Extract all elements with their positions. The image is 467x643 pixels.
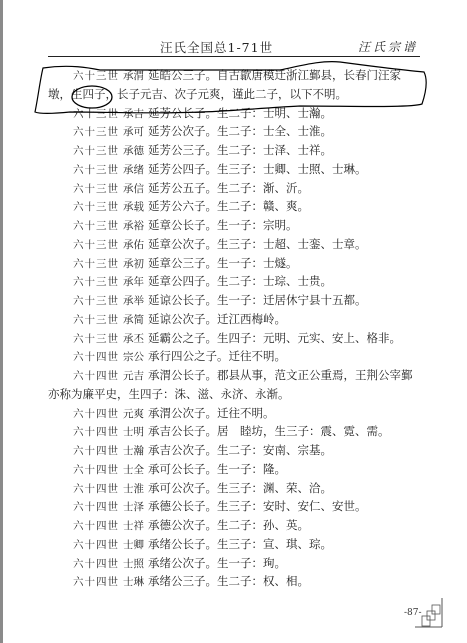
- generation-label: 六十四世: [73, 464, 119, 476]
- entry-text: 延谅公长子。生一子：迁居休宁县十五都。: [148, 293, 367, 307]
- entry-text: 承绪公长子。生三子：宣、琪、琮。: [148, 537, 332, 551]
- generation-label: 六十四世: [73, 445, 119, 457]
- person-name: 承年: [123, 276, 144, 288]
- entry-text: 延芳公五子。生二子：渐、沂。: [148, 181, 309, 195]
- generation-label: 六十三世: [73, 220, 119, 232]
- person-name: 承初: [123, 258, 144, 270]
- entry-text: 延芳公长子。生二子：士明、士瀚。: [148, 106, 332, 120]
- person-name: 元爽: [123, 408, 144, 420]
- entry-text: 延章公长子。生一子：宗明。: [148, 218, 298, 232]
- entry-text: 延章公次子。生三子：士超、士銮、士章。: [148, 237, 367, 251]
- entry-text: 承绪公次子。生一子：珣。: [148, 556, 286, 570]
- genealogy-entry: 六十三世承年延章公四子。生二子：士琮、士贵。: [48, 272, 423, 291]
- entry-text: 承吉公长子。居 睦坊，生三子：震、霓、需。: [148, 424, 390, 438]
- entry-text: 承可公长子。生一子：隆。: [148, 462, 286, 476]
- generation-label: 六十四世: [73, 408, 119, 420]
- person-name: 士全: [123, 464, 144, 476]
- entry-text: 延霸公之子。生四子：元明、元实、安上、格非。: [148, 331, 401, 345]
- genealogy-entry: 六十三世承佑延章公次子。生三子：士超、士銮、士章。: [48, 235, 423, 254]
- genealogy-entry: 六十三世承举延谅公长子。生一子：迁居休宁县十五都。: [48, 291, 423, 310]
- genealogy-entries: 六十三世承渭延皓公三子。自古歙唐模迁浙江鄞县，长春门汪家墩，生四子，长子元吉、次…: [48, 66, 423, 591]
- person-name: 承丕: [123, 333, 144, 345]
- generation-label: 六十四世: [73, 520, 119, 532]
- page-header: 汪氏全国总1-71世 汪氏宗谱: [48, 36, 420, 57]
- person-name: 士卿: [123, 539, 144, 551]
- entry-text: 承行四公之子。迁往不明。: [148, 349, 286, 363]
- entry-text: 延章公三子。生一子：士燧。: [148, 256, 298, 270]
- person-name: 承载: [123, 201, 144, 213]
- entry-continuation: 亦称为廉平史，生四子：洙、滋、永济、永渐。: [48, 385, 423, 404]
- genealogy-entry: 六十四世士祥承德公次子。生二子：孙、英。: [48, 516, 423, 535]
- genealogy-entry: 六十三世承信延芳公五子。生二子：渐、沂。: [48, 179, 423, 198]
- generation-label: 六十四世: [73, 576, 119, 588]
- person-name: 宗公: [123, 351, 144, 363]
- person-name: 元吉: [123, 370, 144, 382]
- genealogy-entry: 六十三世承德延芳公三子。生二子：士泽、士祥。: [48, 141, 423, 160]
- person-name: 承佑: [123, 239, 144, 251]
- person-name: 士琳: [123, 576, 144, 588]
- generation-label: 六十三世: [73, 239, 119, 251]
- generation-label: 六十三世: [73, 333, 119, 345]
- entry-text: 承渭公次子。迁往不明。: [148, 406, 275, 420]
- generation-label: 六十三世: [73, 183, 119, 195]
- page-corner-icon: [415, 598, 443, 628]
- genealogy-entry: 六十四世士照承绪公次子。生一子：珣。: [48, 554, 423, 573]
- generation-label: 六十三世: [73, 108, 119, 120]
- genealogy-entry: 六十三世承丕延霸公之子。生四子：元明、元实、安上、格非。: [48, 329, 423, 348]
- person-name: 士泽: [123, 501, 144, 513]
- entry-text: 延谅公次子。迁江西梅岭。: [148, 312, 286, 326]
- generation-label: 六十三世: [73, 70, 119, 82]
- person-name: 士祥: [123, 520, 144, 532]
- genealogy-entry: 六十三世承载延芳公六子。生二子：赣、爽。: [48, 197, 423, 216]
- person-name: 承裕: [123, 220, 144, 232]
- generation-label: 六十四世: [73, 501, 119, 513]
- genealogy-entry: 六十四世士明承吉公长子。居 睦坊，生三子：震、霓、需。: [48, 422, 423, 441]
- genealogy-entry: 六十三世承裕延章公长子。生一子：宗明。: [48, 216, 423, 235]
- genealogy-entry: 六十四世士淮承可公次子。生三子：渊、荣、洽。: [48, 479, 423, 498]
- person-name: 承德: [123, 145, 144, 157]
- entry-text: 承德公次子。生二子：孙、英。: [148, 518, 309, 532]
- person-name: 士明: [123, 426, 144, 438]
- person-name: 承渭: [123, 70, 144, 82]
- generation-label: 六十四世: [73, 426, 119, 438]
- header-book-title: 汪氏宗谱: [358, 38, 418, 55]
- generation-label: 六十四世: [73, 370, 119, 382]
- person-name: 士淮: [123, 483, 144, 495]
- generation-label: 六十三世: [73, 258, 119, 270]
- person-name: 承可: [123, 126, 144, 138]
- genealogy-entry: 六十四世士卿承绪公长子。生三子：宣、琪、琮。: [48, 535, 423, 554]
- genealogy-entry: 六十四世元爽承渭公次子。迁往不明。: [48, 404, 423, 423]
- page-left-border: [0, 0, 3, 643]
- genealogy-entry: 六十三世承渭延皓公三子。自古歙唐模迁浙江鄞县，长春门汪家: [48, 66, 423, 85]
- entry-text: 延皓公三子。自古歙唐模迁浙江鄞县，长春门汪家: [148, 68, 401, 82]
- genealogy-entry: 六十四世士瀚承吉公次子。生二子：安南、宗基。: [48, 441, 423, 460]
- entry-text: 承吉公次子。生二子：安南、宗基。: [148, 443, 332, 457]
- generation-label: 六十四世: [73, 351, 119, 363]
- person-name: 承绪: [123, 164, 144, 176]
- entry-text: 承可公次子。生三子：渊、荣、洽。: [148, 481, 332, 495]
- entry-text: 承绪公三子。生二子：权、相。: [148, 574, 309, 588]
- person-name: 士瀚: [123, 445, 144, 457]
- entry-text: 延芳公次子。生二子：士全、士淮。: [148, 124, 332, 138]
- entry-text: 承德公长子。生三子：安时、安仁、安世。: [148, 499, 367, 513]
- genealogy-entry: 六十三世承简延谅公次子。迁江西梅岭。: [48, 310, 423, 329]
- person-name: 承吉: [123, 108, 144, 120]
- genealogy-entry: 六十三世承可延芳公次子。生二子：士全、士淮。: [48, 122, 423, 141]
- generation-label: 六十三世: [73, 314, 119, 326]
- genealogy-entry: 六十四世宗公承行四公之子。迁往不明。: [48, 347, 423, 366]
- generation-label: 六十三世: [73, 164, 119, 176]
- genealogy-entry: 六十三世承绪延芳公四子。生三子：士卿、士照、士琳。: [48, 160, 423, 179]
- genealogy-entry: 六十三世承吉延芳公长子。生二子：士明、士瀚。: [48, 104, 423, 123]
- person-name: 士照: [123, 558, 144, 570]
- person-name: 承简: [123, 314, 144, 326]
- entry-continuation: 墩，生四子，长子元吉、次子元爽，谨此二子，以下不明。: [48, 85, 423, 104]
- genealogy-entry: 六十四世士全承可公长子。生一子：隆。: [48, 460, 423, 479]
- generation-label: 六十三世: [73, 145, 119, 157]
- entry-text: 延芳公三子。生二子：士泽、士祥。: [148, 143, 332, 157]
- person-name: 承信: [123, 183, 144, 195]
- person-name: 承举: [123, 295, 144, 307]
- header-title: 汪氏全国总1-71世: [160, 38, 273, 56]
- entry-text: 承渭公长子。郡县从事，范文正公重焉，王荆公宰鄞: [148, 368, 413, 382]
- generation-label: 六十三世: [73, 295, 119, 307]
- generation-label: 六十三世: [73, 126, 119, 138]
- entry-text: 延芳公六子。生二子：赣、爽。: [148, 199, 309, 213]
- entry-text: 延芳公四子。生三子：士卿、士照、士琳。: [148, 162, 367, 176]
- generation-label: 六十三世: [73, 276, 119, 288]
- generation-label: 六十三世: [73, 201, 119, 213]
- generation-label: 六十四世: [73, 483, 119, 495]
- genealogy-entry: 六十四世元吉承渭公长子。郡县从事，范文正公重焉，王荆公宰鄞: [48, 366, 423, 385]
- genealogy-entry: 六十三世承初延章公三子。生一子：士燧。: [48, 254, 423, 273]
- entry-text: 延章公四子。生二子：士琮、士贵。: [148, 274, 332, 288]
- genealogy-entry: 六十四世士泽承德公长子。生三子：安时、安仁、安世。: [48, 497, 423, 516]
- generation-label: 六十四世: [73, 539, 119, 551]
- genealogy-entry: 六十四世士琳承绪公三子。生二子：权、相。: [48, 572, 423, 591]
- generation-label: 六十四世: [73, 558, 119, 570]
